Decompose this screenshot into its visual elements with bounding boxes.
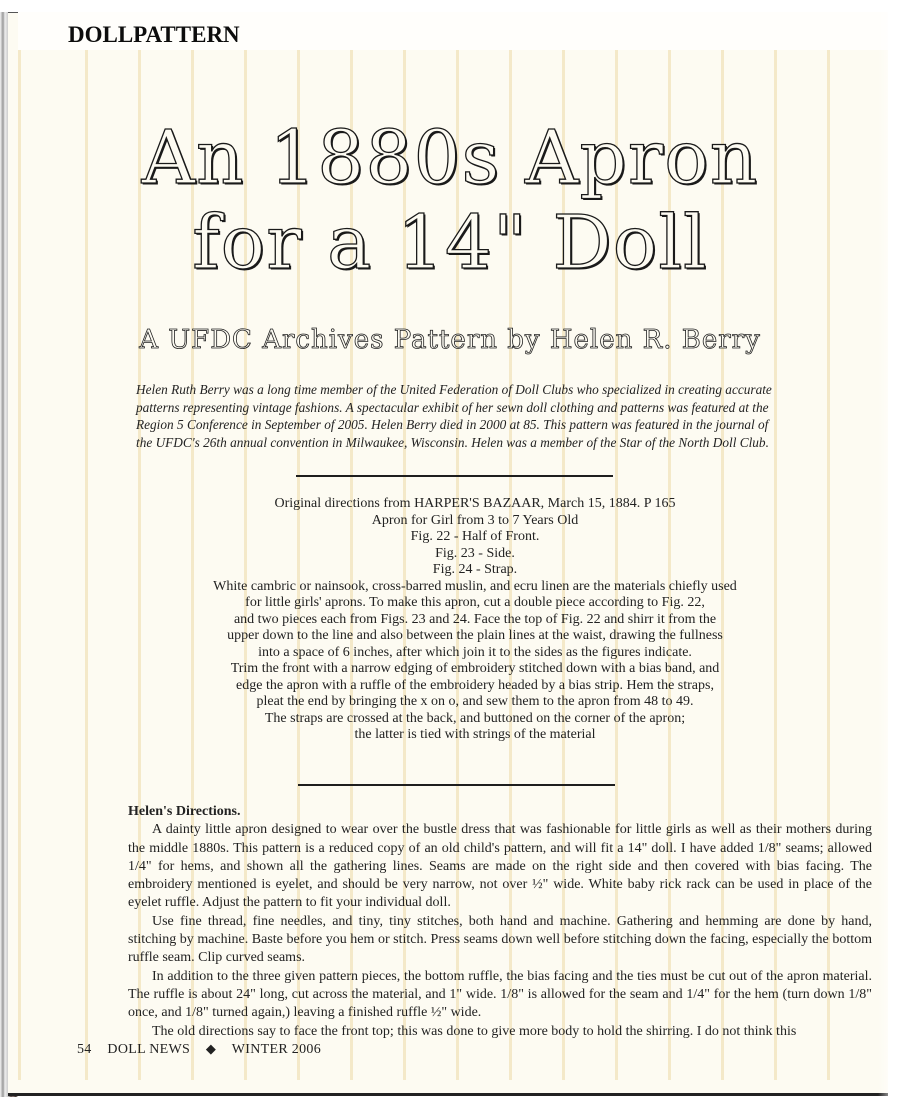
page-edge-fade: [878, 0, 900, 1101]
directions-heading: Helen's Directions.: [128, 803, 872, 821]
original-line: The straps are crossed at the back, and …: [200, 711, 750, 728]
directions-paragraph: Use fine thread, fine needles, and tiny,…: [128, 913, 872, 968]
issue-label: WINTER 2006: [232, 1042, 321, 1057]
author-intro: Helen Ruth Berry was a long time member …: [136, 381, 776, 451]
original-line: edge the apron with a ruffle of the embr…: [200, 678, 750, 695]
helens-directions: Helen's Directions. A dainty little apro…: [128, 803, 872, 1041]
original-line: Fig. 23 - Side.: [200, 546, 750, 563]
original-line: White cambric or nainsook, cross-barred …: [200, 579, 750, 596]
original-line: the latter is tied with strings of the m…: [200, 727, 750, 744]
directions-paragraph: The old directions say to face the front…: [128, 1023, 872, 1041]
original-line: Original directions from HARPER'S BAZAAR…: [200, 496, 750, 513]
original-line: upper down to the line and also between …: [200, 628, 750, 645]
directions-paragraph: In addition to the three given pattern p…: [128, 968, 872, 1023]
page-number: 54: [77, 1042, 92, 1057]
section-label: DOLLPATTERN: [68, 22, 240, 48]
original-line: Fig. 24 - Strap.: [200, 562, 750, 579]
original-directions: Original directions from HARPER'S BAZAAR…: [200, 496, 750, 744]
diamond-separator-icon: ◆: [206, 1041, 216, 1056]
original-line: Fig. 22 - Half of Front.: [200, 529, 750, 546]
original-line: for little girls' aprons. To make this a…: [200, 595, 750, 612]
original-line: Trim the front with a narrow edging of e…: [200, 661, 750, 678]
original-line: Apron for Girl from 3 to 7 Years Old: [200, 513, 750, 530]
original-line: into a space of 6 inches, after which jo…: [200, 645, 750, 662]
original-line: and two pieces each from Figs. 23 and 24…: [200, 612, 750, 629]
page-footer: 54 DOLL NEWS ◆ WINTER 2006: [77, 1041, 333, 1058]
article-subtitle: A UFDC Archives Pattern by Helen R. Berr…: [0, 325, 900, 355]
publication-name: DOLL NEWS: [107, 1042, 190, 1057]
article-title-line-2: for a 14" Doll: [0, 200, 900, 286]
article-title-line-1: An 1880s Apron: [0, 115, 900, 201]
directions-paragraph: A dainty little apron designed to wear o…: [128, 821, 872, 912]
original-line: pleat the end by bringing the x on o, an…: [200, 694, 750, 711]
divider-rule: [298, 784, 615, 786]
divider-rule: [296, 475, 613, 477]
